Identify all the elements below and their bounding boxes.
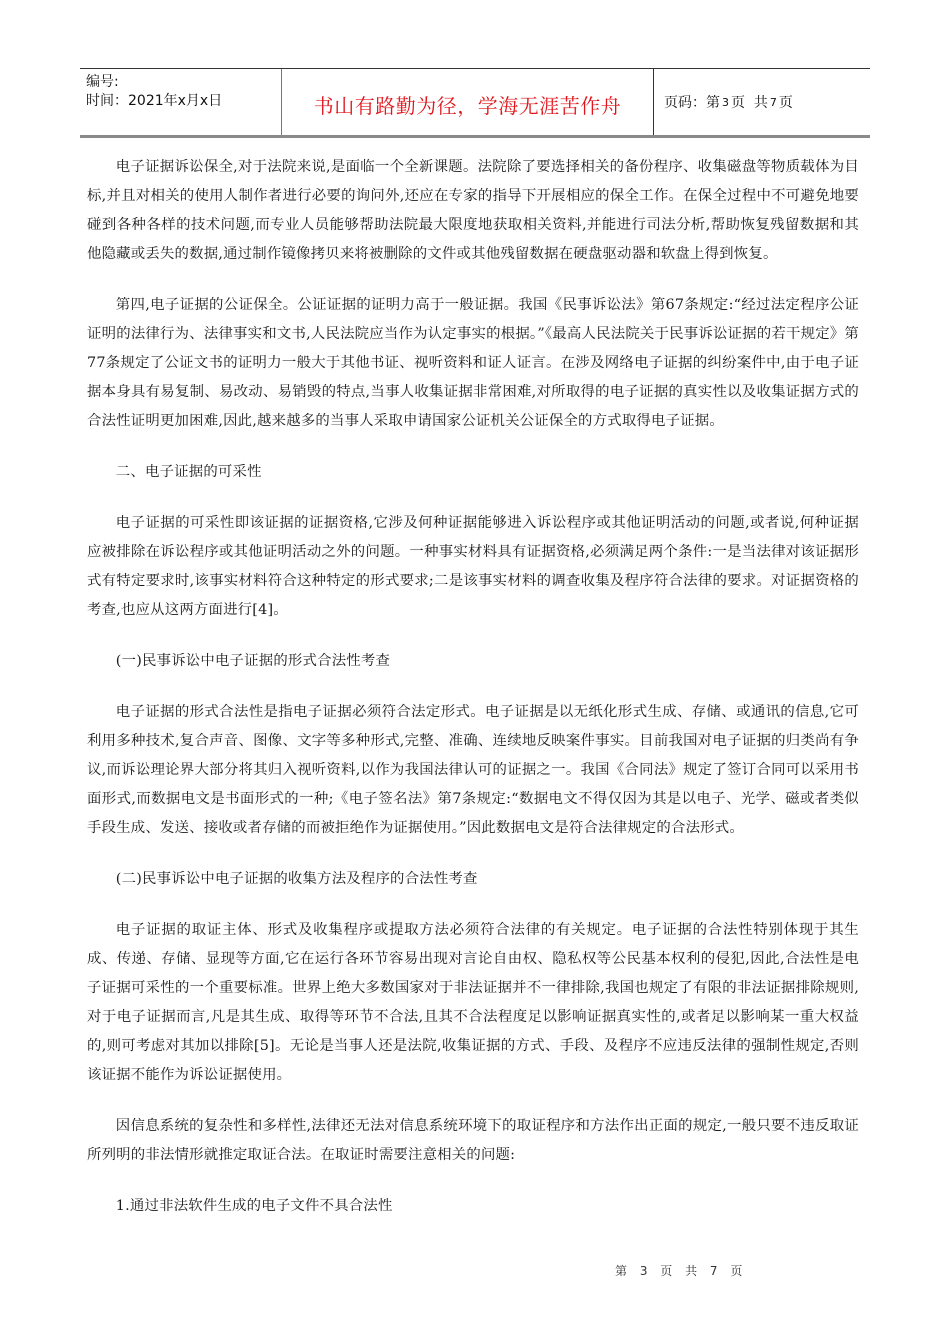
paragraph: 电子证据的取证主体、形式及收集程序或提取方法必须符合法律的有关规定。电子证据的合… xyxy=(87,916,859,1090)
page-header: 编号: 时间：2021年x月x日 书山有路勤为径，学海无涯苦作舟 页码：第 3 … xyxy=(80,68,870,138)
page-label-suffix: 页 xyxy=(779,92,793,112)
page-label-prefix: 页码：第 xyxy=(664,92,720,112)
date-label: 时间：2021年x月x日 xyxy=(86,92,281,111)
header-meta: 编号: 时间：2021年x月x日 xyxy=(80,69,282,135)
header-motto-cell: 书山有路勤为径，学海无涯苦作舟 xyxy=(282,69,654,135)
paragraph: 电子证据的形式合法性是指电子证据必须符合法定形式。电子证据是以无纸化形式生成、存… xyxy=(87,698,859,843)
subsection-heading: (二)民事诉讼中电子证据的收集方法及程序的合法性考查 xyxy=(87,865,859,894)
paragraph: 电子证据诉讼保全,对于法院来说,是面临一个全新课题。法院除了要选择相关的备份程序… xyxy=(87,153,859,269)
section-heading: 二、电子证据的可采性 xyxy=(87,458,859,487)
document-body: 电子证据诉讼保全,对于法院来说,是面临一个全新课题。法院除了要选择相关的备份程序… xyxy=(87,153,859,1243)
header-page-info: 页码：第 3 页 共 7 页 xyxy=(654,69,870,135)
serial-label: 编号: xyxy=(86,73,281,92)
list-item-heading: 1.通过非法软件生成的电子文件不具合法性 xyxy=(87,1192,859,1221)
motto: 书山有路勤为径，学海无涯苦作舟 xyxy=(314,90,622,119)
page-footer: 第 3 页 共 7 页 xyxy=(615,1262,745,1279)
subsection-heading: (一)民事诉讼中电子证据的形式合法性考查 xyxy=(87,647,859,676)
paragraph: 第四,电子证据的公证保全。公证证据的证明力高于一般证据。我国《民事诉讼法》第67… xyxy=(87,291,859,436)
page-label-mid: 页 共 xyxy=(731,92,768,112)
page-current: 3 xyxy=(722,96,729,109)
paragraph: 电子证据的可采性即该证据的证据资格,它涉及何种证据能够进入诉讼程序或其他证明活动… xyxy=(87,509,859,625)
paragraph: 因信息系统的复杂性和多样性,法律还无法对信息系统环境下的取证程序和方法作出正面的… xyxy=(87,1112,859,1170)
page-total: 7 xyxy=(770,96,777,109)
